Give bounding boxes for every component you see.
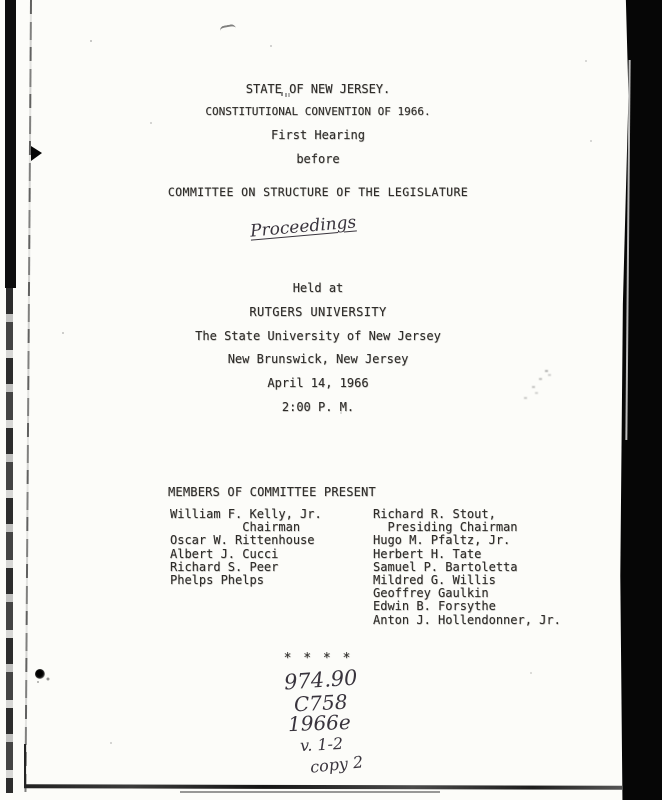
scan-artifact-smudge [545, 370, 548, 372]
member-name: Hugo M. Pfaltz, Jr. [373, 534, 561, 547]
members-right-column: Richard R. Stout, Presiding Chairman Hug… [373, 508, 561, 627]
member-name: Phelps Phelps [170, 574, 322, 587]
scan-artifact-bottom-left-corner [24, 744, 26, 788]
members-heading: MEMBERS OF COMMITTEE PRESENT [168, 485, 376, 499]
title-state-line: STATE OF NEW JERSEY. [30, 82, 606, 96]
title-before-line: before [30, 152, 606, 166]
scan-artifact-left-fold-line [24, 0, 32, 792]
scan-artifact-bottom-gray-line [180, 791, 440, 793]
member-name: Richard S. Peer [170, 561, 322, 574]
venue-institution: RUTGERS UNIVERSITY [30, 305, 606, 319]
call-number-line: v. 1-2 [300, 734, 344, 755]
scan-artifact-specks [90, 40, 92, 42]
title-hearing-line: First Hearing [30, 128, 606, 142]
scan-artifact-bottom-edge-line [24, 784, 622, 789]
venue-date: April 14, 1966 [30, 376, 606, 390]
member-name: Samuel P. Bartoletta [373, 561, 561, 574]
member-name: Oscar W. Rittenhouse [170, 534, 322, 547]
scan-artifact-left-black-bar [5, 0, 16, 288]
members-left-column: William F. Kelly, Jr. Chairman Oscar W. … [170, 508, 322, 587]
scanned-document-page: STATE OF NEW JERSEY. CONSTITUTIONAL CONV… [0, 0, 662, 800]
separator-stars: * * * * [30, 651, 606, 666]
venue-time: 2:00 P. M. [30, 400, 606, 414]
title-convention-line: CONSTITUTIONAL CONVENTION OF 1966. [30, 105, 606, 118]
venue-held-at: Held at [30, 281, 606, 295]
scan-artifact-ink-dot [35, 669, 45, 679]
member-name: Herbert H. Tate [373, 548, 561, 561]
member-name: Edwin B. Forsythe [373, 600, 561, 613]
venue-location: New Brunswick, New Jersey [30, 352, 606, 366]
venue-institution-subtitle: The State University of New Jersey [30, 329, 606, 343]
member-name: Albert J. Cucci [170, 548, 322, 561]
handwritten-proceedings-label: Proceedings [249, 212, 357, 241]
call-number-line: 1966e [288, 710, 352, 736]
title-committee-line: COMMITTEE ON STRUCTURE OF THE LEGISLATUR… [30, 185, 606, 199]
call-number-line: copy 2 [309, 752, 364, 776]
scan-artifact-left-streak-bar [6, 288, 13, 793]
member-name: Anton J. Hollendonner, Jr. [373, 614, 561, 627]
scan-artifact-tilde-mark [219, 24, 236, 36]
